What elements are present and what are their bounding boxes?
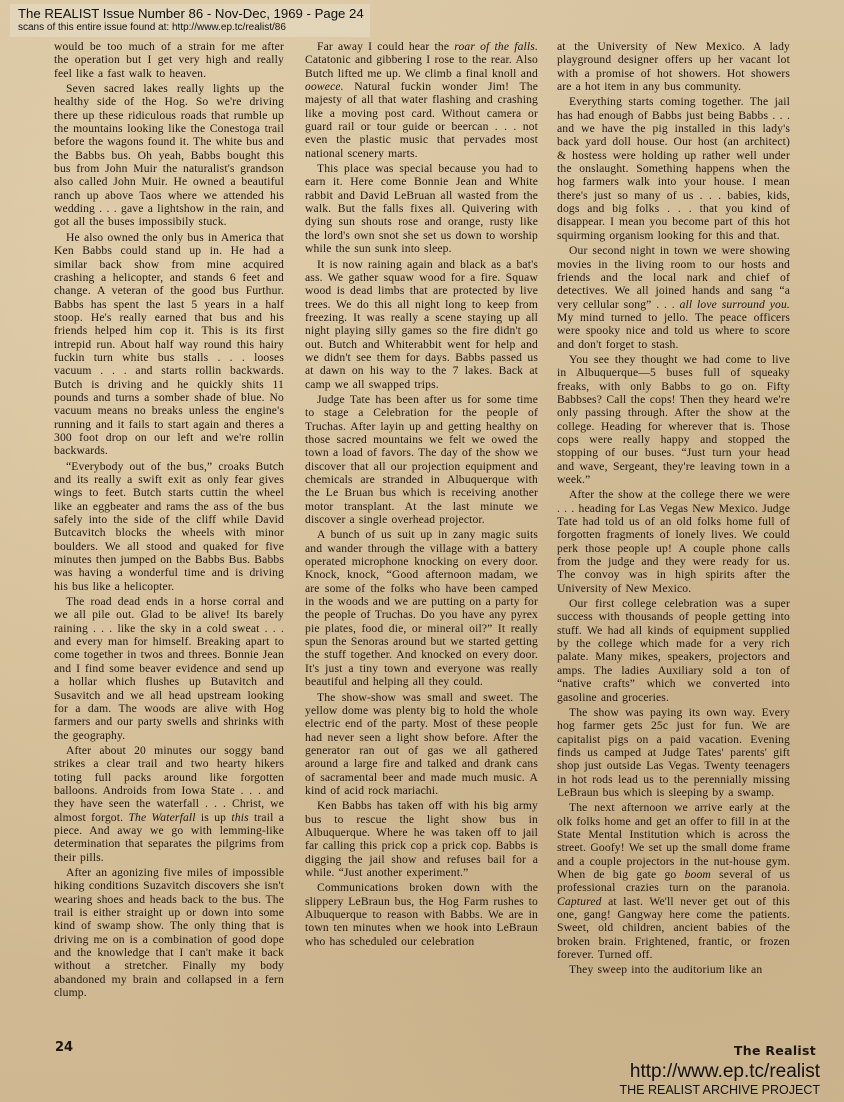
article-paragraph: Seven sacred lakes really lights up the … [54,82,284,229]
article-paragraph: After about 20 minutes our soggy band st… [54,744,284,864]
article-column-2: Far away I could hear the roar of the fa… [305,40,538,950]
article-paragraph: The show-show was small and sweet. The y… [305,691,538,798]
article-paragraph: The next afternoon we arrive early at th… [557,801,790,961]
article-column-3: at the University of New Mexico. A lady … [557,40,790,979]
archive-url-link[interactable]: http://www.ep.tc/realist [630,1061,820,1083]
article-paragraph: It is now raining again and black as a b… [305,258,538,391]
article-paragraph: would be too much of a strain for me aft… [54,40,284,80]
article-paragraph: Our first college celebration was a supe… [557,597,790,704]
article-paragraph: The road dead ends in a horse corral and… [54,595,284,742]
article-paragraph: This place was special because you had t… [305,162,538,255]
article-paragraph: Judge Tate has been after us for some ti… [305,393,538,526]
article-paragraph: He also owned the only bus in America th… [54,231,284,458]
article-paragraph: Everything starts coming together. The j… [557,95,790,242]
article-paragraph: Ken Babbs has taken off with his big arm… [305,799,538,879]
article-paragraph: After the show at the college there we w… [557,488,790,595]
article-paragraph: Far away I could hear the roar of the fa… [305,40,538,160]
issue-title: The REALIST Issue Number 86 - Nov-Dec, 1… [18,6,364,22]
archive-header: The REALIST Issue Number 86 - Nov-Dec, 1… [10,4,370,37]
article-paragraph: Communications broken down with the slip… [305,881,538,948]
page-number: 24 [55,1040,73,1055]
article-paragraph: Our second night in town we were showing… [557,244,790,351]
magazine-name: The Realist [734,1043,816,1058]
article-paragraph: You see they thought we had come to live… [557,353,790,486]
article-paragraph: at the University of New Mexico. A lady … [557,40,790,93]
article-paragraph: After an agonizing five miles of impossi… [54,866,284,999]
article-paragraph: The show was paying its own way. Every h… [557,706,790,799]
article-paragraph: A bunch of us suit up in zany magic suit… [305,528,538,688]
article-paragraph: They sweep into the auditorium like an [557,963,790,976]
archive-project-label: THE REALIST ARCHIVE PROJECT [619,1083,820,1097]
article-paragraph: “Everybody out of the bus,” croaks Butch… [54,460,284,593]
article-column-1: would be too much of a strain for me aft… [54,40,284,1001]
issue-source-note: scans of this entire issue found at: htt… [18,22,364,34]
